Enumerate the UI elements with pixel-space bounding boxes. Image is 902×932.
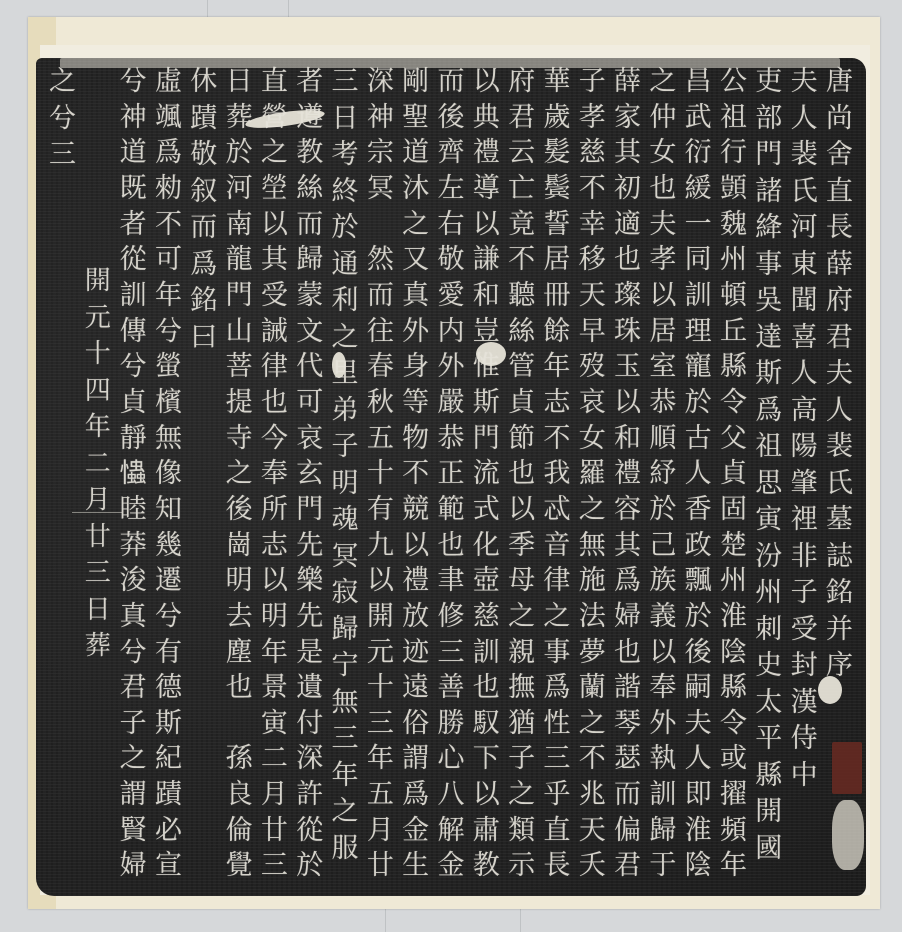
inscription-character: 謂 — [399, 745, 432, 781]
inscription-character: 敬 — [434, 246, 467, 282]
inscription-character: 日 — [329, 105, 362, 142]
inscription-character: 性 — [540, 710, 573, 746]
inscription-character: 解 — [434, 817, 467, 853]
inscription-character: 執 — [646, 745, 679, 781]
inscription-character: 絲 — [505, 318, 538, 354]
inscription-character: 以 — [470, 68, 503, 104]
inscription-character: 居 — [540, 246, 573, 282]
inscription-character: 州 — [717, 246, 750, 282]
inscription-character: 三 — [364, 710, 397, 746]
inscription-character: 惟 — [470, 353, 503, 389]
inscription-character: 三 — [258, 852, 291, 888]
inscription-character: 孝 — [576, 104, 609, 140]
inscription-character: 於 — [646, 496, 679, 532]
inscription-character: 睦 — [117, 496, 150, 532]
inscription-character: 歸 — [293, 246, 326, 282]
inscription-character: 今 — [258, 425, 291, 461]
inscription-character: 虛 — [152, 68, 185, 104]
inscription-character: 後 — [223, 496, 256, 532]
inscription-character: 氏 — [788, 178, 821, 215]
inscription-character: 從 — [117, 246, 150, 282]
inscription-character: 三 — [329, 68, 362, 105]
inscription-columns: 唐尚舍直長薛府君夫人裴氏墓誌銘并序 夫人裴氏河東聞喜人高陽肇𥚃非子受封漢侍中 吏… — [46, 68, 856, 888]
inscription-character: 天 — [576, 282, 609, 318]
inscription-character: 漢 — [788, 689, 821, 726]
inscription-character: 而 — [434, 68, 467, 104]
inscription-character: 八 — [434, 781, 467, 817]
inscription-character: 門 — [470, 425, 503, 461]
backing-seam — [207, 0, 208, 18]
inscription-character: 金 — [434, 852, 467, 888]
inscription-character: 即 — [682, 781, 715, 817]
inscription-character: 右 — [434, 211, 467, 247]
inscription-character: 開 — [752, 798, 785, 835]
inscription-character: 於 — [329, 214, 362, 251]
inscription-character: 不 — [505, 246, 538, 282]
inscription-character: 良 — [223, 781, 256, 817]
inscription-character: 爲 — [152, 139, 185, 175]
inscription-character: 廿 — [258, 817, 291, 853]
inscription-character: 墓 — [823, 506, 856, 543]
inscription-character: 通 — [329, 251, 362, 288]
inscription-character: 禮 — [611, 460, 644, 496]
inscription-character: 愛 — [434, 282, 467, 318]
inscription-character: 容 — [611, 496, 644, 532]
inscription-character: 銘 — [187, 287, 220, 324]
inscription-character: 明 — [329, 470, 362, 507]
inscription-character: 之 — [505, 781, 538, 817]
inscription-character: 律 — [258, 353, 291, 389]
inscription-column-12: 而後齊左右敬愛内外嚴恭正範也聿修三善勝心八解金 — [434, 68, 467, 888]
inscription-column-5: 昌武衍緩一同訓理寵於古人香政飄於後嗣夫人即淮陰 — [682, 68, 715, 888]
inscription-character: 四 — [81, 378, 114, 415]
inscription-character: 範 — [434, 496, 467, 532]
inscription-character: 壺 — [470, 567, 503, 603]
inscription-character: 志 — [258, 532, 291, 568]
inscription-character: 宁 — [329, 652, 362, 689]
inscription-character: 往 — [364, 318, 397, 354]
inscription-column-21: 兮神道既者從訓傳兮貞靜𢥞睦莽浚真兮君子之謂賢婦 — [117, 68, 150, 888]
inscription-character: 真 — [399, 282, 432, 318]
inscription-character: 慈 — [470, 603, 503, 639]
inscription-character: 肅 — [470, 817, 503, 853]
inscription-character: 紀 — [152, 745, 185, 781]
inscription-character: 夫 — [682, 710, 715, 746]
inscription-character: 吏 — [752, 68, 785, 105]
inscription-character: 遺 — [293, 674, 326, 710]
inscription-character: 德 — [152, 674, 185, 710]
inscription-character: 志 — [540, 389, 573, 425]
inscription-character: 珠 — [611, 318, 644, 354]
inscription-character: 禮 — [470, 139, 503, 175]
inscription-column-8: 子孝慈不幸移天早歿哀女羅之無施法夢蘭之不兆天夭 — [576, 68, 609, 888]
inscription-character: 衍 — [682, 139, 715, 175]
inscription-character: 提 — [223, 389, 256, 425]
inscription-character: 偏 — [611, 817, 644, 853]
inscription-column-20: 虛颯爲勑不可年兮螢檳無像知幾遷兮有德斯紀蹟必宣 — [152, 68, 185, 888]
inscription-character: 不 — [152, 211, 185, 247]
inscription-character: 開 — [81, 268, 114, 305]
inscription-character: 州 — [717, 567, 750, 603]
inscription-character: 銘 — [823, 579, 856, 616]
inscription-character: 嚴 — [434, 389, 467, 425]
inscription-character: 以 — [258, 567, 291, 603]
inscription-character: 女 — [646, 139, 679, 175]
inscription-character: 年 — [329, 762, 362, 799]
inscription-character: 夫 — [788, 68, 821, 105]
inscription-character: 武 — [682, 104, 715, 140]
inscription-character: 之 — [576, 496, 609, 532]
inscription-character: 五 — [364, 425, 397, 461]
inscription-character: 夫 — [823, 360, 856, 397]
inscription-character: 然 — [364, 246, 397, 282]
inscription-character: 令 — [717, 389, 750, 425]
inscription-character: 龍 — [223, 246, 256, 282]
inscription-character: 絳 — [752, 214, 785, 251]
inscription-character: 亡 — [505, 175, 538, 211]
inscription-character: 飄 — [682, 567, 715, 603]
inscription-character: 不 — [540, 425, 573, 461]
inscription-character: 平 — [752, 725, 785, 762]
inscription-character: 封 — [788, 652, 821, 689]
inscription-character: 勝 — [434, 710, 467, 746]
inscription-character: 寅 — [752, 506, 785, 543]
inscription-character: 事 — [540, 639, 573, 675]
inscription-character: 三 — [46, 141, 79, 178]
inscription-character: 以 — [470, 211, 503, 247]
inscription-character: 外 — [434, 353, 467, 389]
inscription-character: 尚 — [823, 105, 856, 142]
inscription-character: 也 — [611, 639, 644, 675]
inscription-character: 唐 — [823, 68, 856, 105]
backing-seam — [520, 908, 521, 932]
inscription-character: 無 — [576, 532, 609, 568]
inscription-character: 兮 — [46, 105, 79, 142]
inscription-character: 於 — [682, 603, 715, 639]
inscription-character: 内 — [434, 318, 467, 354]
inscription-character: 休 — [187, 68, 220, 105]
inscription-character: 華 — [540, 68, 573, 104]
inscription-character: 璨 — [611, 282, 644, 318]
inscription-character: 聽 — [505, 282, 538, 318]
inscription-character: 顗 — [717, 175, 750, 211]
inscription-character: 𢥞 — [117, 460, 150, 496]
inscription-character: 冥 — [364, 175, 397, 211]
inscription-character: 以 — [646, 639, 679, 675]
inscription-character: 也 — [611, 246, 644, 282]
inscription-character: 聿 — [434, 567, 467, 603]
inscription-character: 直 — [823, 178, 856, 215]
inscription-character: 歸 — [329, 616, 362, 653]
inscription-character: 貞 — [117, 389, 150, 425]
inscription-character: 螢 — [152, 353, 185, 389]
inscription-character: 受 — [258, 282, 291, 318]
inscription-character: 淮 — [682, 817, 715, 853]
inscription-character: 子 — [329, 433, 362, 470]
inscription-character: 刺 — [752, 616, 785, 653]
inscription-character: 冥 — [329, 543, 362, 580]
inscription-character: 賢 — [117, 817, 150, 853]
inscription-character: 親 — [505, 639, 538, 675]
inscription-character: 也 — [434, 532, 467, 568]
inscription-character: 廿 — [81, 524, 114, 561]
inscription-character: 頓 — [717, 282, 750, 318]
inscription-character: 葬 — [81, 633, 114, 670]
inscription-character: 忒 — [540, 496, 573, 532]
inscription-character: 政 — [682, 532, 715, 568]
inscription-character: 莽 — [117, 532, 150, 568]
inscription-character: 律 — [540, 567, 573, 603]
inscription-character: 先 — [293, 532, 326, 568]
inscription-column-16: 者遵教絲而歸蒙文代可哀玄門先樂先是遺付深許從於 — [293, 68, 326, 888]
inscription-character: 檳 — [152, 389, 185, 425]
inscription-character: 恭 — [646, 389, 679, 425]
inscription-character: 等 — [399, 389, 432, 425]
inscription-character: 夭 — [576, 852, 609, 888]
inscription-character: 猶 — [505, 710, 538, 746]
inscription-character: 流 — [470, 460, 503, 496]
inscription-character: 我 — [540, 460, 573, 496]
inscription-character: 思 — [752, 470, 785, 507]
inscription-character: 年 — [152, 282, 185, 318]
inscription-character: 門 — [752, 141, 785, 178]
inscription-column-15: 三日考終於通利之里弟子明魂冥寂歸宁無三年之服 — [329, 68, 362, 888]
inscription-character: 可 — [293, 389, 326, 425]
inscription-character: 也 — [505, 460, 538, 496]
inscription-character: 外 — [646, 710, 679, 746]
inscription-character: 誓 — [540, 211, 573, 247]
inscription-character: 寂 — [329, 579, 362, 616]
inscription-character: 善 — [434, 674, 467, 710]
inscription-character: 餘 — [540, 318, 573, 354]
inscription-character: 門 — [223, 282, 256, 318]
inscription-character: 又 — [399, 246, 432, 282]
inscription-character: 氏 — [823, 470, 856, 507]
inscription-character: 之 — [117, 745, 150, 781]
inscription-character: 非 — [788, 543, 821, 580]
inscription-character: 古 — [682, 425, 715, 461]
inscription-character: 以 — [646, 282, 679, 318]
inscription-character: 十 — [81, 341, 114, 378]
inscription-character: 玉 — [611, 353, 644, 389]
inscription-character: 令 — [717, 710, 750, 746]
inscription-character: 者 — [117, 211, 150, 247]
inscription-character: 弟 — [329, 397, 362, 434]
inscription-character: 祖 — [717, 104, 750, 140]
inscription-character: 蒙 — [293, 282, 326, 318]
inscription-character: 𢼸 — [223, 710, 256, 746]
inscription-character: 喜 — [788, 324, 821, 361]
inscription-column-10: 府君云亡竟不聽絲管貞節也以季母之親撫猶子之類示 — [505, 68, 538, 888]
inscription-character: 并 — [823, 616, 856, 653]
inscription-character: 許 — [293, 781, 326, 817]
inscription-character: 和 — [470, 282, 503, 318]
inscription-character: 於 — [293, 852, 326, 888]
inscription-character: 生 — [399, 852, 432, 888]
inscription-character: 年 — [258, 639, 291, 675]
inscription-character: 歸 — [646, 817, 679, 853]
inscription-character: 吳 — [752, 287, 785, 324]
inscription-character: 序 — [823, 652, 856, 689]
inscription-character: 羅 — [576, 460, 609, 496]
inscription-character: 其 — [258, 246, 291, 282]
inscription-character: 縣 — [717, 353, 750, 389]
inscription-column-18: 日葬於河南龍門山菩提寺之後崗明去塵也𢼸孫良倫覺 — [223, 68, 256, 888]
inscription-character: 斯 — [470, 389, 503, 425]
inscription-character: 乎 — [540, 781, 573, 817]
inscription-character: 崗 — [223, 532, 256, 568]
inscription-character: 直 — [258, 68, 291, 104]
inscription-character: 公 — [717, 68, 750, 104]
inscription-character: 君 — [611, 852, 644, 888]
inscription-character: 直 — [540, 817, 573, 853]
inscription-character: 元 — [81, 305, 114, 342]
inscription-character: 而 — [293, 211, 326, 247]
inscription-character: 秋 — [364, 389, 397, 425]
inscription-character: 達 — [752, 324, 785, 361]
inscription-character: 寅 — [258, 710, 291, 746]
inscription-character: 寺 — [223, 425, 256, 461]
inscription-character: 之 — [329, 798, 362, 835]
inscription-character: 塋 — [258, 175, 291, 211]
inscription-character: 早 — [576, 318, 609, 354]
inscription-character: 兮 — [152, 603, 185, 639]
inscription-character: 縣 — [717, 674, 750, 710]
inscription-character: 施 — [576, 567, 609, 603]
inscription-character: 考 — [329, 141, 362, 178]
inscription-character: 斯 — [152, 710, 185, 746]
inscription-character: 孫 — [223, 745, 256, 781]
inscription-character: 二 — [258, 745, 291, 781]
inscription-character: 宗 — [364, 139, 397, 175]
inscription-character: 正 — [434, 460, 467, 496]
inscription-character: 于 — [646, 852, 679, 888]
inscription-character: 之 — [399, 211, 432, 247]
inscription-character: 謂 — [117, 781, 150, 817]
inscription-character: 典 — [470, 104, 503, 140]
inscription-character: 迹 — [399, 639, 432, 675]
inscription-character: 婦 — [117, 852, 150, 888]
inscription-character: 有 — [364, 496, 397, 532]
inscription-character: 後 — [682, 639, 715, 675]
inscription-character: 子 — [505, 745, 538, 781]
inscription-character: 導 — [470, 175, 503, 211]
inscription-character: 歲 — [540, 104, 573, 140]
inscription-character: 陰 — [682, 852, 715, 888]
inscription-character: 楚 — [717, 532, 750, 568]
inscription-character: 訓 — [646, 781, 679, 817]
inscription-character: 放 — [399, 603, 432, 639]
inscription-character: 日 — [81, 597, 114, 634]
inscription-character: 以 — [470, 781, 503, 817]
inscription-character: 昌 — [682, 68, 715, 104]
inscription-character: 兮 — [117, 68, 150, 104]
inscription-character: 季 — [505, 532, 538, 568]
inscription-character: 以 — [611, 389, 644, 425]
inscription-character: 冊 — [540, 282, 573, 318]
inscription-character: 訓 — [470, 639, 503, 675]
inscription-character: 哀 — [293, 425, 326, 461]
inscription-character: 同 — [682, 246, 715, 282]
inscription-character: 不 — [399, 460, 432, 496]
inscription-character: 齊 — [434, 139, 467, 175]
inscription-character: 蹟 — [187, 105, 220, 142]
inscription-character: 下 — [470, 745, 503, 781]
inscription-character: 蘭 — [576, 674, 609, 710]
inscription-character: 節 — [505, 425, 538, 461]
inscription-character: 之 — [46, 68, 79, 105]
inscription-character: 薛 — [823, 251, 856, 288]
inscription-character: 兮 — [117, 353, 150, 389]
inscription-column-17: 直營之塋以其受誡律也今奉所志以明年景寅二月廿三 — [258, 68, 291, 888]
inscription-character: 無 — [329, 689, 362, 726]
inscription-character: 之 — [540, 603, 573, 639]
inscription-character: 固 — [717, 496, 750, 532]
inscription-character: 婦 — [611, 603, 644, 639]
inscription-character: 斯 — [752, 360, 785, 397]
inscription-character: 云 — [505, 139, 538, 175]
inscription-character: 是 — [293, 639, 326, 675]
inscription-character: 以 — [399, 532, 432, 568]
inscription-character: 琴 — [611, 710, 644, 746]
inscription-character: 嗣 — [682, 674, 715, 710]
backing-seam — [288, 0, 289, 18]
inscription-character: 高 — [788, 397, 821, 434]
inscription-character: 終 — [329, 178, 362, 215]
inscription-character: 適 — [611, 211, 644, 247]
inscription-character: 君 — [823, 324, 856, 361]
inscription-character: 教 — [470, 852, 503, 888]
inscription-character: 元 — [364, 639, 397, 675]
inscription-character: 金 — [399, 817, 432, 853]
inscription-column-14: 深神宗冥𡒿然而往春秋五十有九以開元十三年五月廿 — [364, 68, 397, 888]
inscription-character: 以 — [258, 211, 291, 247]
inscription-character: 部 — [752, 105, 785, 142]
inscription-character: 擢 — [717, 781, 750, 817]
inscription-character: 人 — [682, 460, 715, 496]
inscription-character: 子 — [576, 68, 609, 104]
inscription-character: 也 — [646, 175, 679, 211]
inscription-character: 左 — [434, 175, 467, 211]
inscription-character: 幸 — [576, 211, 609, 247]
inscription-character: 月 — [364, 817, 397, 853]
inscription-character: 去 — [223, 603, 256, 639]
inscription-character: 縣 — [752, 762, 785, 799]
inscription-character: 後 — [434, 104, 467, 140]
inscription-character: 陽 — [788, 433, 821, 470]
backing-seam — [385, 908, 386, 932]
inscription-character: 人 — [823, 397, 856, 434]
inscription-character: 文 — [293, 318, 326, 354]
inscription-character: 香 — [682, 496, 715, 532]
inscription-character: 真 — [117, 603, 150, 639]
inscription-character: 年 — [540, 353, 573, 389]
inscription-character: 君 — [117, 674, 150, 710]
inscription-character: 州 — [752, 579, 785, 616]
inscription-character: 倫 — [223, 817, 256, 853]
inscription-character: 撫 — [505, 674, 538, 710]
inscription-column-11: 以典禮導以謙和豈惟斯門流式化壺慈訓也馭下以肅教 — [470, 68, 503, 888]
inscription-character: 兆 — [576, 781, 609, 817]
inscription-character: 父 — [717, 425, 750, 461]
inscription-character: 和 — [611, 425, 644, 461]
inscription-character: 心 — [434, 745, 467, 781]
inscription-character: 人 — [788, 105, 821, 142]
inscription-character: 幾 — [152, 532, 185, 568]
inscription-character: 慈 — [576, 139, 609, 175]
inscription-character: 修 — [434, 603, 467, 639]
inscription-character: 剛 — [399, 68, 432, 104]
